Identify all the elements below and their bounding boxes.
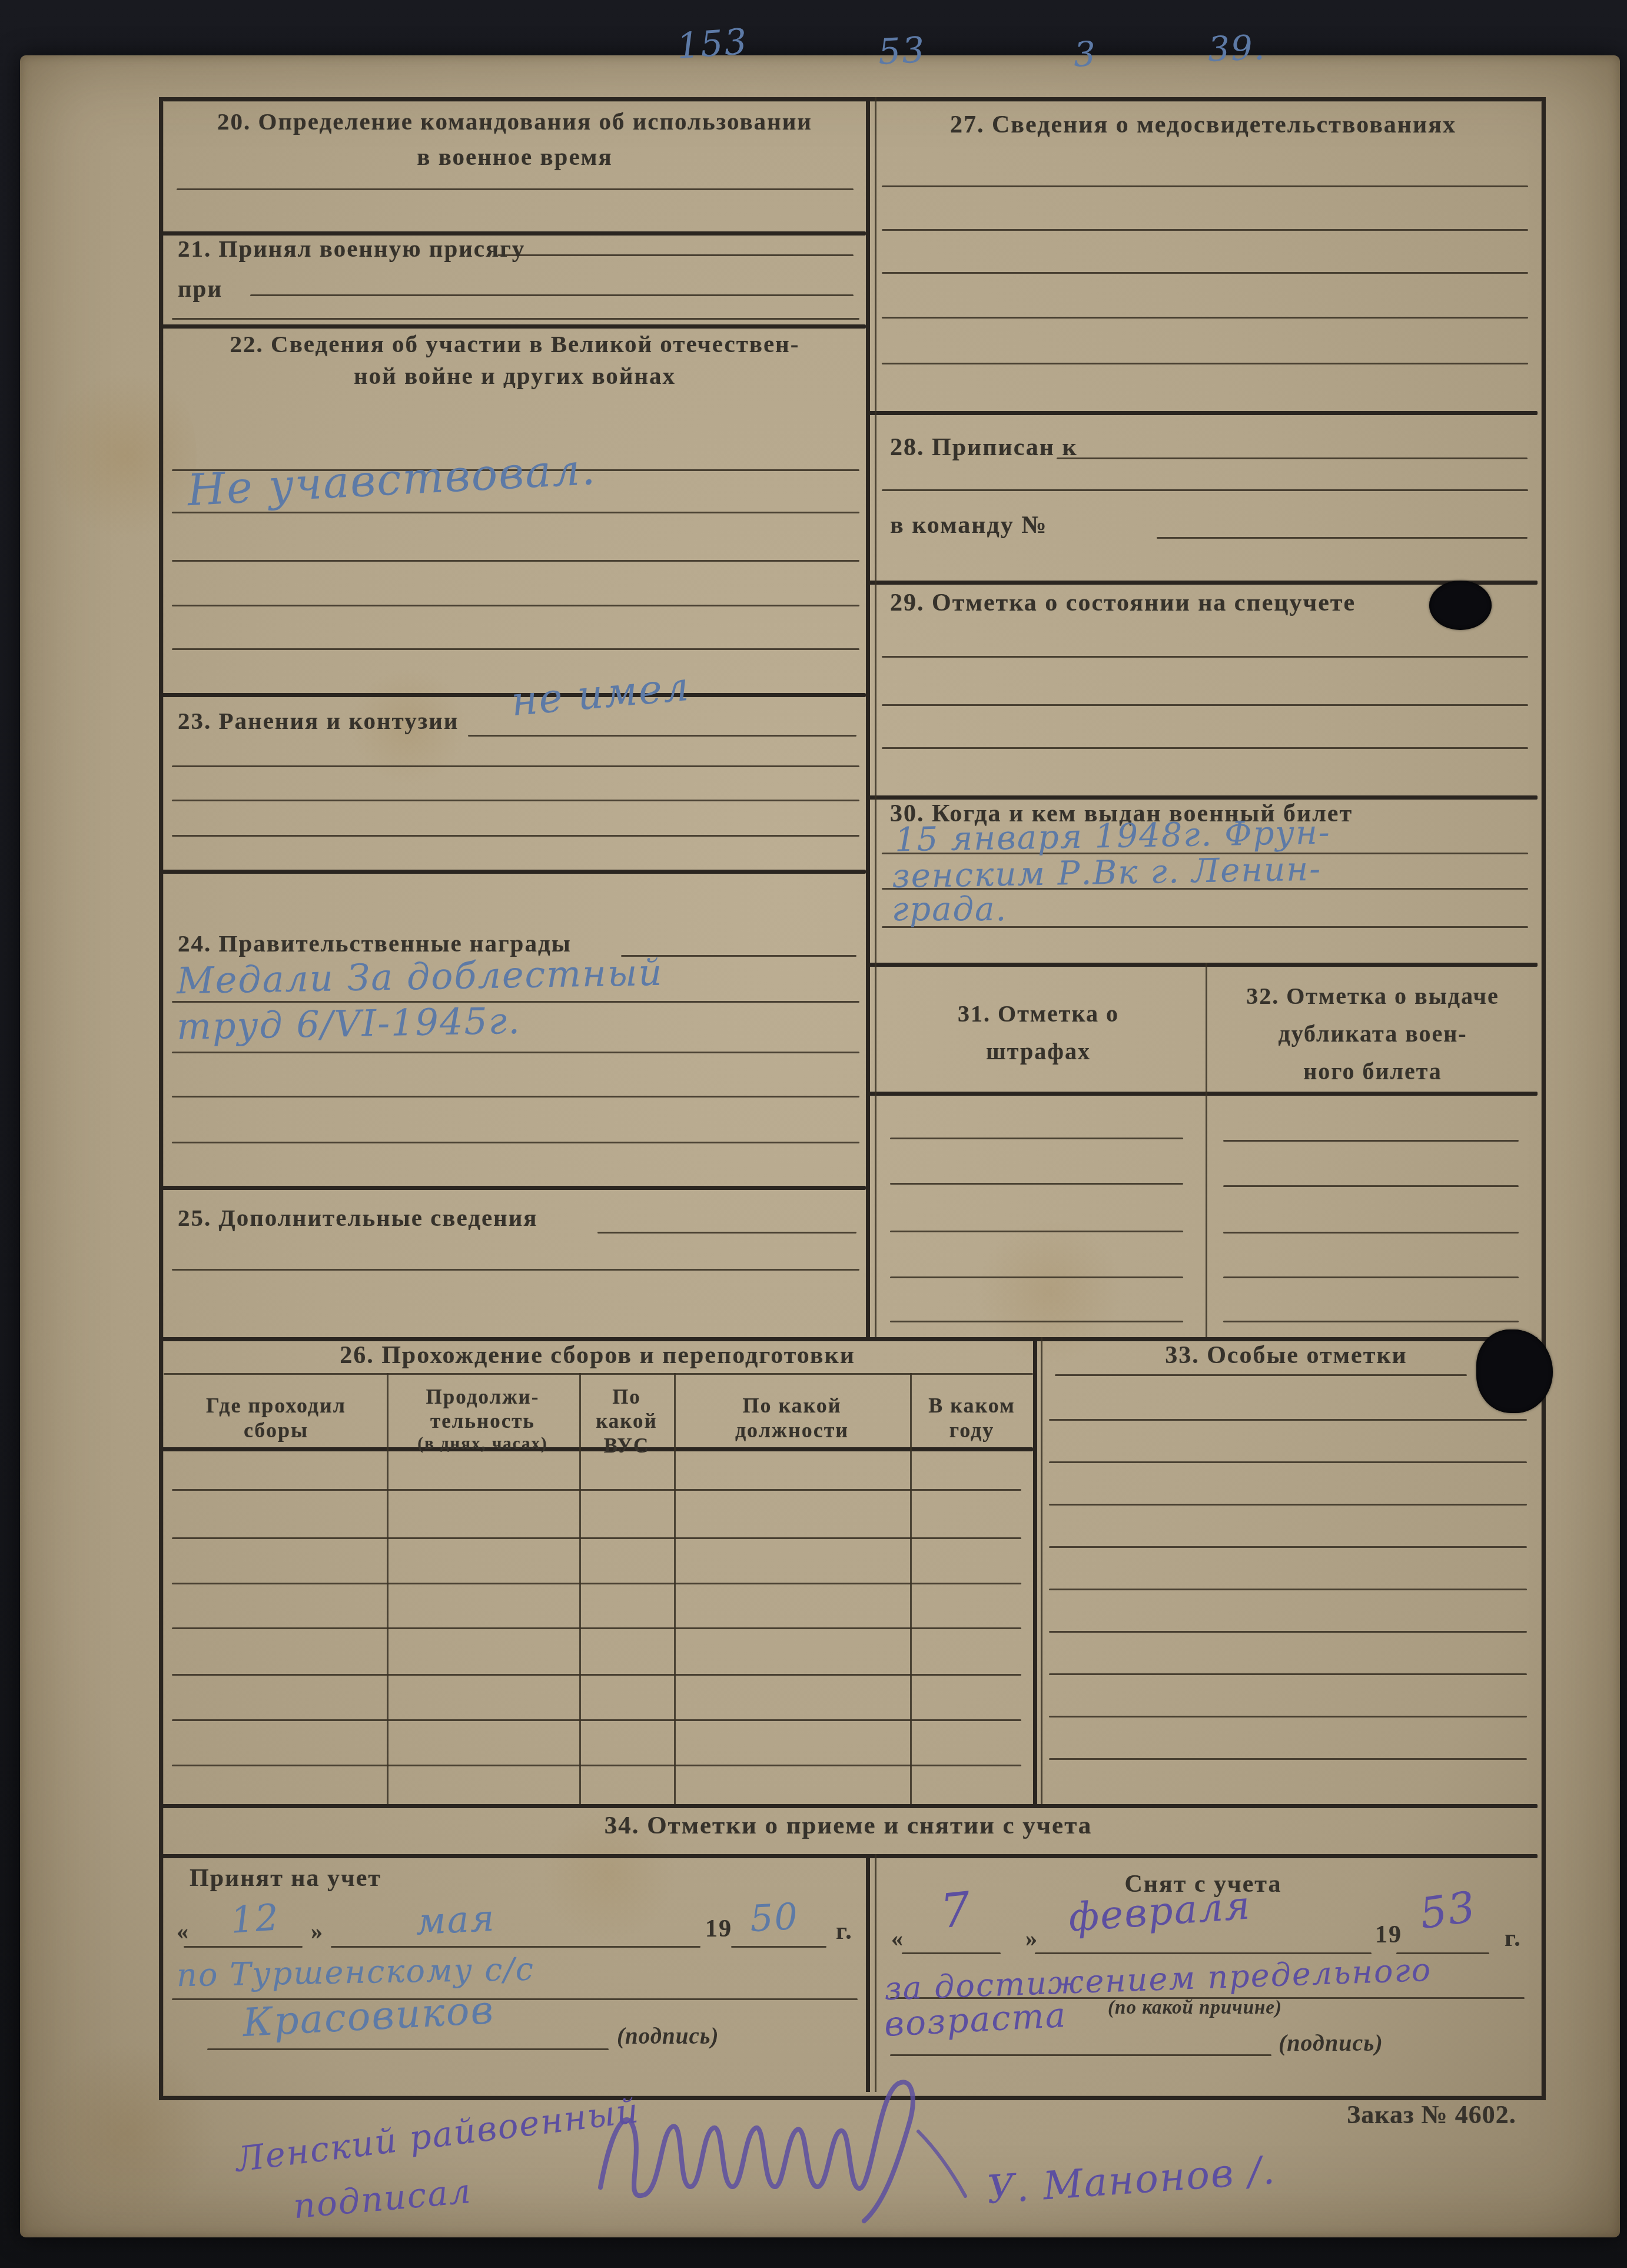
section-20-title-line1: 20. Определение командования об использо… bbox=[166, 107, 864, 135]
col-header-year: В каком году bbox=[912, 1393, 1032, 1443]
section-21-pri-label: при bbox=[178, 274, 223, 303]
top-number-1: 153 bbox=[676, 21, 749, 67]
ruled-line bbox=[497, 254, 854, 256]
section-28-team-label: в команду № bbox=[890, 511, 1048, 539]
divider-line bbox=[866, 963, 1538, 967]
accepted-label: Принят на учет bbox=[190, 1864, 381, 1892]
ruled-line bbox=[1055, 1374, 1467, 1376]
ruled-line bbox=[1049, 1589, 1527, 1590]
section-24-handwriting-line2: труд 6/VI-1945г. bbox=[176, 999, 521, 1048]
divider-line-vertical bbox=[866, 97, 870, 1337]
section-23-label: 23. Ранения и контузии bbox=[178, 707, 459, 735]
accepted-quote-close: » bbox=[311, 1917, 324, 1945]
ruled-line bbox=[1057, 457, 1528, 459]
ruled-line bbox=[172, 1489, 1021, 1491]
col-header-vus-line1: По bbox=[581, 1385, 672, 1409]
divider-line bbox=[866, 795, 1538, 800]
ruled-line bbox=[882, 272, 1528, 274]
section-20-title-line2: в военное время bbox=[166, 142, 864, 171]
divider-line bbox=[866, 581, 1538, 585]
accepted-month-handwriting: мая bbox=[414, 1896, 496, 1944]
col-header-place: Где проходил сборы bbox=[168, 1393, 384, 1443]
accepted-year-handwriting: 50 bbox=[749, 1895, 800, 1940]
divider-line bbox=[866, 411, 1538, 415]
removed-quote-open: « bbox=[891, 1924, 904, 1952]
table-line-vertical bbox=[1041, 1337, 1042, 1804]
ruled-line bbox=[172, 765, 859, 767]
ruled-line bbox=[172, 1537, 1021, 1539]
ruled-line bbox=[172, 800, 859, 801]
col-header-position: По какой должности bbox=[676, 1393, 908, 1443]
section-31-title-line2: штрафах bbox=[877, 1037, 1200, 1065]
table-line-vertical bbox=[1206, 963, 1207, 1337]
ruled-line bbox=[1223, 1232, 1519, 1234]
ruled-line bbox=[890, 1276, 1183, 1278]
ruled-line bbox=[1049, 1504, 1527, 1506]
ruled-line bbox=[882, 489, 1528, 491]
ruled-line bbox=[172, 1269, 859, 1271]
ruled-line bbox=[172, 835, 859, 837]
removed-signature-caption: (подпись) bbox=[1279, 2029, 1383, 2057]
divider-line bbox=[159, 1186, 866, 1190]
col-header-duration-line2: тельность bbox=[389, 1409, 577, 1433]
col-header-year-line1: В каком bbox=[912, 1393, 1032, 1418]
section-22-title-line2: ной войне и других войнах bbox=[166, 362, 864, 390]
col-header-vus: По какой ВУС bbox=[581, 1385, 672, 1458]
section-25-label: 25. Дополнительные сведения bbox=[178, 1203, 538, 1232]
ruled-line bbox=[597, 1232, 856, 1234]
removed-reason-caption: (по какой причине) bbox=[1030, 1997, 1360, 2019]
form-frame bbox=[159, 97, 1546, 2100]
divider-line bbox=[159, 324, 866, 329]
col-header-vus-line3: ВУС bbox=[581, 1434, 672, 1458]
ruled-line bbox=[331, 1946, 700, 1948]
section-30-handwriting-line2: зенским Р.Вк г. Ленин- bbox=[891, 850, 1321, 896]
top-number-3: 3 bbox=[1073, 34, 1097, 74]
removed-year-handwriting: 53 bbox=[1417, 1882, 1479, 1938]
punch-hole-icon bbox=[1476, 1329, 1553, 1413]
accepted-day-handwriting: 12 bbox=[230, 1895, 281, 1942]
ruled-line bbox=[1049, 1673, 1527, 1675]
col-header-year-line2: году bbox=[912, 1418, 1032, 1443]
section-30-handwriting-line3: града. bbox=[892, 890, 1007, 929]
col-header-duration: Продолжи- тельность (в днях, часах) bbox=[389, 1385, 577, 1454]
accepted-quote-open: « bbox=[177, 1917, 190, 1945]
divider-line bbox=[159, 1337, 1538, 1341]
section-32-title-line3: ного билета bbox=[1211, 1057, 1534, 1085]
ruled-line bbox=[1049, 1461, 1527, 1463]
accepted-year-printed: 19 bbox=[705, 1915, 732, 1943]
ruled-line bbox=[172, 605, 859, 606]
ruled-line bbox=[172, 1719, 1021, 1721]
col-header-duration-line3: (в днях, часах) bbox=[389, 1434, 577, 1454]
ruled-line bbox=[250, 294, 854, 296]
divider-line-vertical bbox=[1033, 1337, 1037, 1804]
ruled-line bbox=[468, 735, 856, 737]
ruled-line bbox=[1049, 1546, 1527, 1548]
ruled-line bbox=[172, 648, 859, 650]
col-header-position-line1: По какой bbox=[676, 1393, 908, 1418]
ruled-line bbox=[172, 318, 859, 320]
scanned-military-card: 153 53 3 39. 20. Определение командовани… bbox=[0, 0, 1627, 2268]
order-number: Заказ № 4602. bbox=[1347, 2100, 1516, 2130]
divider-line bbox=[159, 870, 866, 874]
removed-year-printed: 19 bbox=[1375, 1921, 1402, 1949]
section-24-handwriting-line1: Медали За доблестный bbox=[176, 951, 663, 1002]
section-29-label: 29. Отметка о состоянии на спецучете bbox=[890, 589, 1356, 617]
ruled-line bbox=[172, 1765, 1021, 1766]
ruled-line bbox=[882, 185, 1528, 187]
divider-line bbox=[159, 1804, 1538, 1808]
ruled-line bbox=[172, 1142, 859, 1143]
ruled-line bbox=[890, 1138, 1183, 1139]
divider-line bbox=[866, 1092, 1538, 1096]
ruled-line bbox=[172, 512, 859, 513]
ruled-line bbox=[1049, 1758, 1527, 1760]
section-32-title-line2: дубликата воен- bbox=[1211, 1020, 1534, 1047]
ruled-line bbox=[890, 2054, 1271, 2056]
col-header-position-line2: должности bbox=[676, 1418, 908, 1443]
ruled-line bbox=[882, 317, 1528, 319]
col-header-place-line2: сборы bbox=[168, 1418, 384, 1443]
ruled-line bbox=[177, 188, 854, 190]
ruled-line bbox=[1223, 1321, 1519, 1322]
section-28-label: 28. Приписан к bbox=[890, 433, 1078, 462]
removed-year-suffix: г. bbox=[1505, 1924, 1522, 1952]
table-line-vertical bbox=[875, 97, 876, 1337]
section-27-title: 27. Сведения о медосвидетельствованиях bbox=[874, 111, 1532, 139]
ruled-line bbox=[1049, 1716, 1527, 1717]
removed-day-handwriting: 7 bbox=[938, 1881, 974, 1939]
ruled-line bbox=[882, 656, 1528, 658]
ruled-line bbox=[164, 1373, 1033, 1375]
ruled-line bbox=[890, 1183, 1183, 1185]
ruled-line bbox=[172, 560, 859, 562]
punch-hole-icon bbox=[1429, 581, 1492, 630]
divider-line bbox=[159, 1854, 1538, 1858]
accepted-signature-caption: (подпись) bbox=[617, 2023, 719, 2050]
section-33-title: 33. Особые отметки bbox=[1054, 1341, 1519, 1370]
divider-line-vertical bbox=[866, 1854, 870, 2092]
ruled-line bbox=[1223, 1140, 1519, 1142]
section-21-label: 21. Принял военную присягу bbox=[178, 234, 525, 263]
ruled-line bbox=[1049, 1631, 1527, 1633]
accepted-year-suffix: г. bbox=[836, 1917, 853, 1945]
section-31-title-line1: 31. Отметка о bbox=[877, 1000, 1200, 1027]
ruled-line bbox=[882, 704, 1528, 706]
ruled-line bbox=[184, 1946, 303, 1948]
ruled-line bbox=[1223, 1185, 1519, 1187]
ruled-line bbox=[1035, 1952, 1372, 1954]
col-header-place-line1: Где проходил bbox=[168, 1393, 384, 1418]
ruled-line bbox=[902, 1952, 1001, 1954]
ruled-line bbox=[207, 2048, 609, 2050]
ruled-line bbox=[1157, 537, 1528, 539]
section-34-title: 34. Отметки о приеме и снятии с учета bbox=[165, 1811, 1532, 1840]
ruled-line bbox=[882, 363, 1528, 364]
ruled-line bbox=[172, 1583, 1021, 1584]
col-header-vus-line2: какой bbox=[581, 1409, 672, 1433]
col-header-duration-line1: Продолжи- bbox=[389, 1385, 577, 1409]
section-22-title-line1: 22. Сведения об участии в Великой отечес… bbox=[166, 330, 864, 358]
top-number-2: 53 bbox=[877, 29, 927, 73]
ruled-line bbox=[172, 1674, 1021, 1676]
ruled-line bbox=[882, 747, 1528, 749]
ruled-line bbox=[731, 1946, 826, 1948]
ruled-line bbox=[882, 229, 1528, 231]
ruled-line bbox=[172, 1627, 1021, 1629]
ruled-line bbox=[890, 1231, 1183, 1232]
ruled-line bbox=[1223, 1276, 1519, 1278]
top-number-4: 39. bbox=[1207, 27, 1267, 69]
ruled-line bbox=[172, 1052, 859, 1053]
section-32-title-line1: 32. Отметка о выдаче bbox=[1211, 982, 1534, 1010]
signature-icon bbox=[589, 2061, 989, 2237]
ruled-line bbox=[1049, 1419, 1527, 1421]
section-26-title: 26. Прохождение сборов и переподготовки bbox=[165, 1341, 1030, 1370]
ruled-line bbox=[172, 1096, 859, 1097]
ruled-line bbox=[890, 1321, 1183, 1322]
removed-quote-close: » bbox=[1025, 1924, 1038, 1952]
